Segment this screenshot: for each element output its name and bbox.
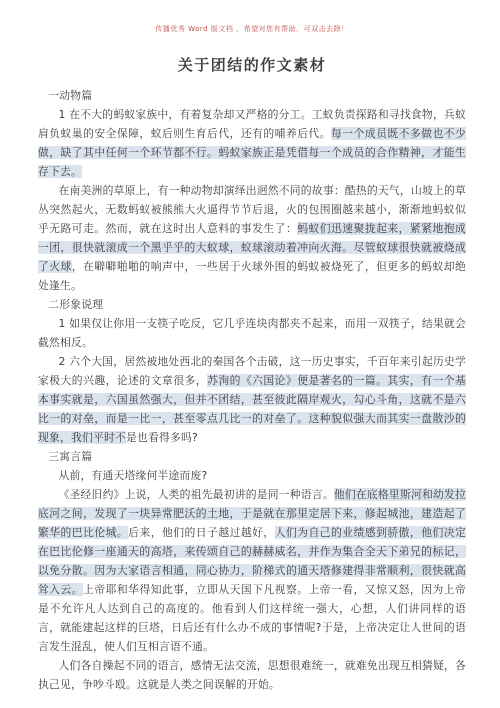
paragraph: 在南美洲的草原上，有一种动物却演绎出迥然不同的故事：酷热的天气，山坡上的草丛突然… <box>38 181 466 295</box>
text-run: 三寓言篇 <box>48 450 92 463</box>
text-run: 后来，他们的日子越过越好， <box>128 526 275 539</box>
paragraph: 1 如果仅让你用一支筷子吃反，它几乎连块肉都夹不起来，而用一双筷子，结果就会截然… <box>38 314 466 352</box>
paragraph: 从前，有通天塔缘何半途而废? <box>38 466 466 485</box>
text-run: 是也看得多吗? <box>126 431 198 444</box>
section-heading: 三寓言篇 <box>38 447 466 466</box>
document-body: 一动物篇1 在不大的蚂蚁家族中，有着复杂却又严格的分工。工蚁负责探路和寻找食物，… <box>38 86 466 694</box>
text-run: 二形象说理 <box>48 298 103 311</box>
text-run: 人们各自操起不同的语言，感情无法交流，思想很难统一，就难免出现互相猜疑，各执己见… <box>38 659 466 691</box>
text-run: 1 如果仅让你用一支筷子吃反，它几乎连块肉都夹不起来，而用一双筷子，结果就会截然… <box>38 317 466 349</box>
text-run: 上帝耶和华得知此事，立即从天国下凡视察。上帝一看，又惊又怒，因为上帝是不允许凡人… <box>38 583 466 653</box>
text-run: ，在噼噼啪啪的响声中，一些居于火球外围的蚂蚁被烧死了，但更多的蚂蚁却绝处逢生。 <box>38 260 466 292</box>
paragraph: 《圣经旧约》上说，人类的祖先最初讲的是同一种语言。他们在底格里斯河和幼发拉底河之… <box>38 485 466 656</box>
section-heading: 二形象说理 <box>38 295 466 314</box>
document-page: 传播优秀 Word 版文档 ，希望对您有帮助，可双击去除！ 关于团结的作文素材 … <box>0 0 500 708</box>
paragraph: 人们各自操起不同的语言，感情无法交流，思想很难统一，就难免出现互相猜疑，各执己见… <box>38 656 466 694</box>
text-run: 从前，有通天塔缘何半途而废? <box>59 469 208 482</box>
text-run: 《圣经旧约》上说，人类的祖先最初讲的是同一种语言。 <box>59 488 334 501</box>
document-title: 关于团结的作文素材 <box>38 53 466 77</box>
paragraph: 1 在不大的蚂蚁家族中，有着复杂却又严格的分工。工蚁负责探路和寻找食物，兵蚁肩负… <box>38 105 466 181</box>
removable-watermark-notice[interactable]: 传播优秀 Word 版文档 ，希望对您有帮助，可双击去除！ <box>38 24 466 34</box>
section-heading: 一动物篇 <box>38 86 466 105</box>
paragraph: 2 六个大国，居然被地处西北的秦国各个击破，这一历史事实，千百年来引起历史学家极… <box>38 352 466 447</box>
text-run: 一动物篇 <box>48 89 92 102</box>
